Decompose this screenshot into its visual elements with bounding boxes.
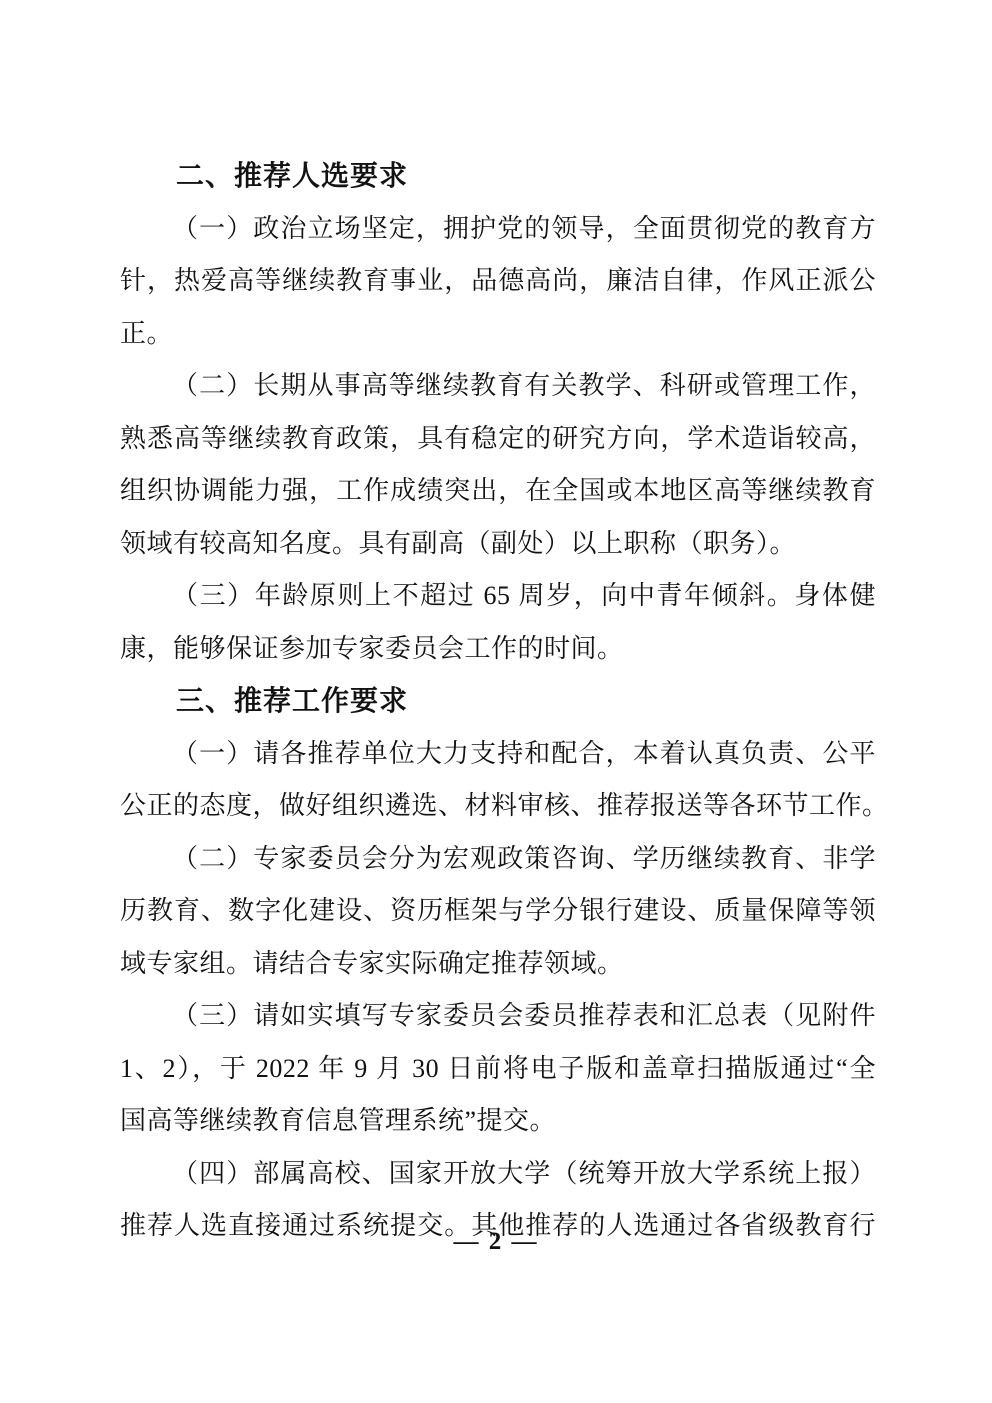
text-line: （四）部属高校、国家开放大学（统筹开放大学系统上报） xyxy=(120,1148,876,1201)
text-line: （二）专家委员会分为宏观政策咨询、学历继续教育、非学 xyxy=(120,833,876,886)
text-line: （三）年龄原则上不超过 65 周岁，向中青年倾斜。身体健 xyxy=(120,570,876,623)
text-line: 域专家组。请结合专家实际确定推荐领域。 xyxy=(120,938,876,991)
text-line: 领域有较高知名度。具有副高（副处）以上职称（职务）。 xyxy=(120,518,876,571)
text-line: 公正的态度，做好组织遴选、材料审核、推荐报送等各环节工作。 xyxy=(120,780,876,833)
section-heading-2: 二、推荐人选要求 xyxy=(120,150,876,203)
text-line: 熟悉高等继续教育政策，具有稳定的研究方向，学术造诣较高， xyxy=(120,413,876,466)
text-line: 正。 xyxy=(120,308,876,361)
text-line: 针，热爱高等继续教育事业，品德高尚，廉洁自律，作风正派公 xyxy=(120,255,876,308)
text-line: （二）长期从事高等继续教育有关教学、科研或管理工作， xyxy=(120,360,876,413)
document-page: 二、推荐人选要求 （一）政治立场坚定，拥护党的领导，全面贯彻党的教育方 针，热爱… xyxy=(0,0,992,1403)
text-line: （一）政治立场坚定，拥护党的领导，全面贯彻党的教育方 xyxy=(120,203,876,256)
text-line: （一）请各推荐单位大力支持和配合，本着认真负责、公平 xyxy=(120,728,876,781)
text-line: 康，能够保证参加专家委员会工作的时间。 xyxy=(120,623,876,676)
document-body: 二、推荐人选要求 （一）政治立场坚定，拥护党的领导，全面贯彻党的教育方 针，热爱… xyxy=(120,150,876,1253)
page-number: — 2 — xyxy=(0,1228,992,1256)
text-line: 国高等继续教育信息管理系统”提交。 xyxy=(120,1095,876,1148)
text-line: 1、2），于 2022 年 9 月 30 日前将电子版和盖章扫描版通过“全 xyxy=(120,1043,876,1096)
text-line: （三）请如实填写专家委员会委员推荐表和汇总表（见附件 xyxy=(120,990,876,1043)
text-line: 历教育、数字化建设、资历框架与学分银行建设、质量保障等领 xyxy=(120,885,876,938)
section-heading-3: 三、推荐工作要求 xyxy=(120,675,876,728)
text-line: 组织协调能力强，工作成绩突出，在全国或本地区高等继续教育 xyxy=(120,465,876,518)
